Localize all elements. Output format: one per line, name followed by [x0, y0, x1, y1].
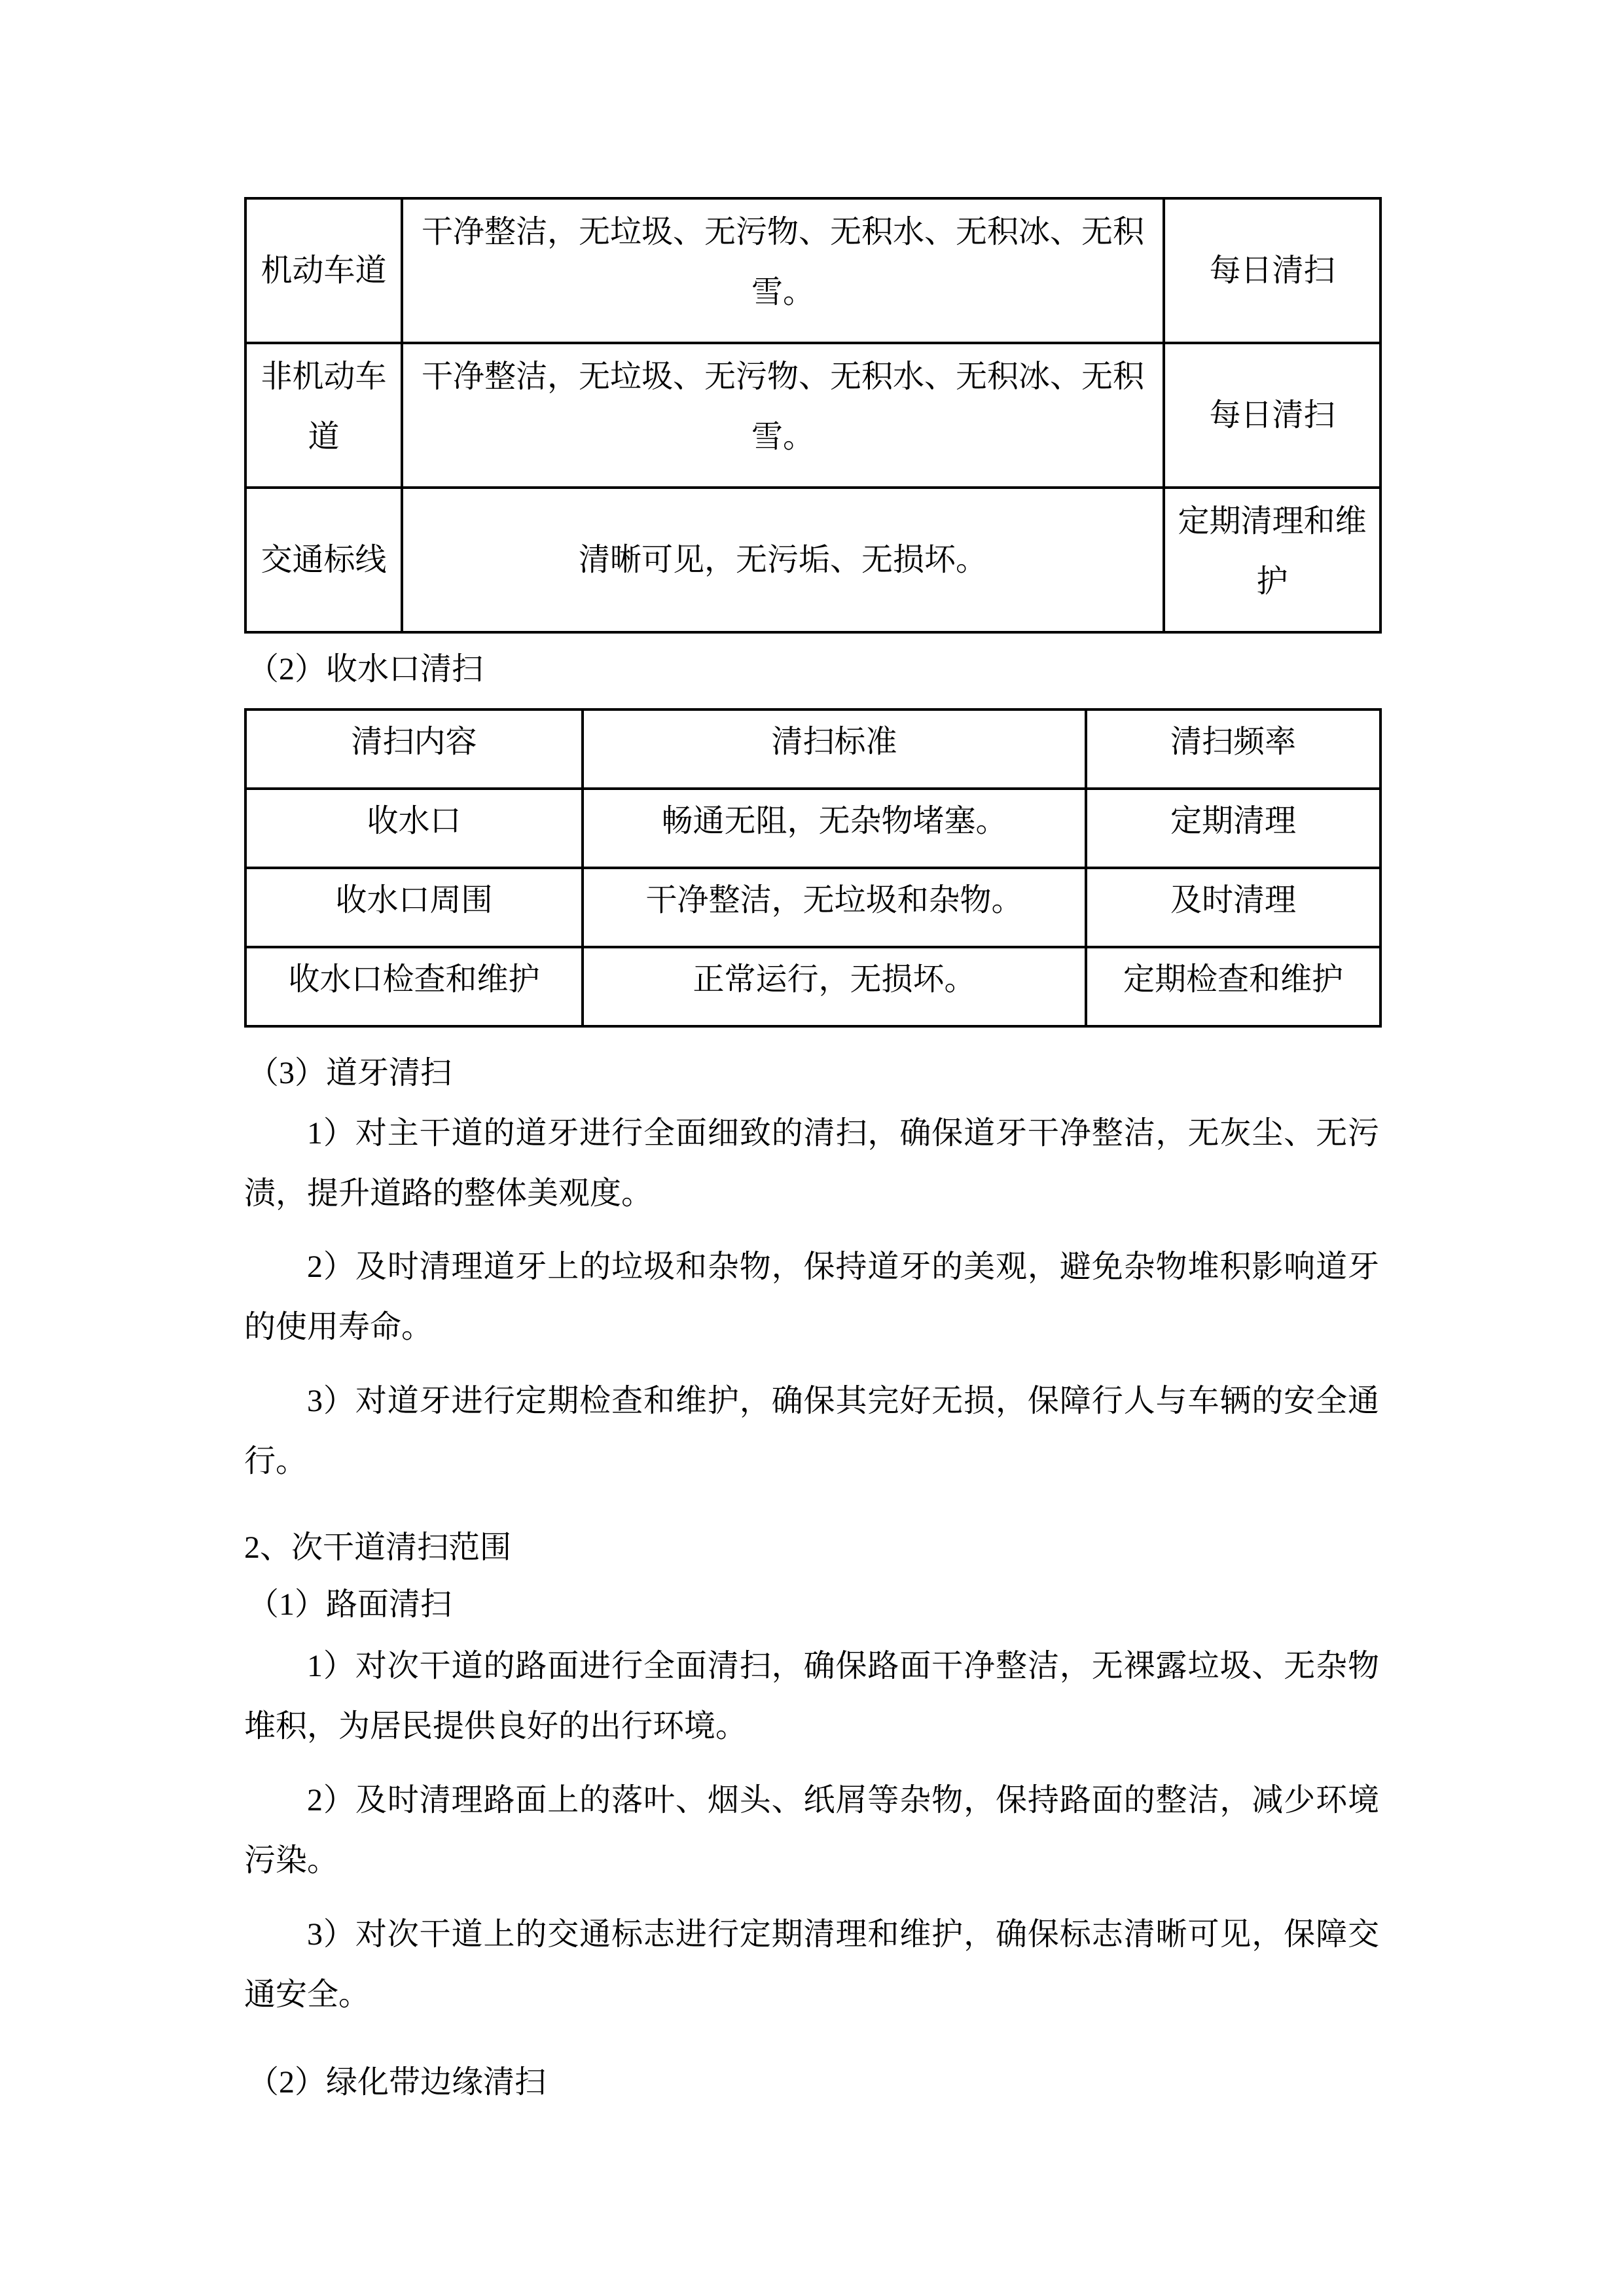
section-heading-curb: （3）道牙清扫 — [247, 1054, 1382, 1093]
cell-item: 非机动车道 — [245, 343, 402, 488]
cell-frequency: 定期清理和维护 — [1164, 488, 1380, 632]
paragraph: 1）对次干道的路面进行全面清扫，确保路面干净整洁，无裸露垃圾、无杂物堆积，为居民… — [244, 1636, 1379, 1757]
table-row: 收水口周围 干净整洁，无垃圾和杂物。 及时清理 — [245, 868, 1380, 947]
subsection-heading-greenbelt: （2）绿化带边缘清扫 — [247, 2063, 1382, 2102]
header-frequency: 清扫频率 — [1086, 709, 1380, 789]
table-row: 非机动车道 干净整洁，无垃圾、无污物、无积水、无积冰、无积雪。 每日清扫 — [245, 343, 1380, 488]
cell-standard: 干净整洁，无垃圾和杂物。 — [583, 868, 1086, 947]
header-content: 清扫内容 — [245, 709, 583, 789]
cell-content: 收水口检查和维护 — [245, 947, 583, 1026]
cell-item: 机动车道 — [245, 198, 402, 343]
section-heading-drain: （2）收水口清扫 — [247, 650, 1382, 689]
cell-standard: 清晰可见，无污垢、无损坏。 — [402, 488, 1164, 632]
table-row: 收水口检查和维护 正常运行，无损坏。 定期检查和维护 — [245, 947, 1380, 1026]
cell-standard: 正常运行，无损坏。 — [583, 947, 1086, 1026]
document-page: 机动车道 干净整洁，无垃圾、无污物、无积水、无积冰、无积雪。 每日清扫 非机动车… — [0, 0, 1624, 2296]
table-row: 交通标线 清晰可见，无污垢、无损坏。 定期清理和维护 — [245, 488, 1380, 632]
subsection-heading-surface: （1）路面清扫 — [247, 1585, 1382, 1624]
table-row: 机动车道 干净整洁，无垃圾、无污物、无积水、无积冰、无积雪。 每日清扫 — [245, 198, 1380, 343]
cell-frequency: 每日清扫 — [1164, 343, 1380, 488]
cell-standard: 畅通无阻，无杂物堵塞。 — [583, 789, 1086, 868]
cell-item: 交通标线 — [245, 488, 402, 632]
paragraph: 2）及时清理道牙上的垃圾和杂物，保持道牙的美观，避免杂物堆积影响道牙的使用寿命。 — [244, 1237, 1379, 1357]
drain-cleaning-table: 清扫内容 清扫标准 清扫频率 收水口 畅通无阻，无杂物堵塞。 定期清理 收水口周… — [244, 708, 1382, 1028]
paragraph: 2）及时清理路面上的落叶、烟头、纸屑等杂物，保持路面的整洁，减少环境污染。 — [244, 1770, 1379, 1891]
cell-standard: 干净整洁，无垃圾、无污物、无积水、无积冰、无积雪。 — [402, 343, 1164, 488]
header-standard: 清扫标准 — [583, 709, 1086, 789]
paragraph: 3）对道牙进行定期检查和维护，确保其完好无损，保障行人与车辆的安全通行。 — [244, 1371, 1379, 1492]
cell-standard: 干净整洁，无垃圾、无污物、无积水、无积冰、无积雪。 — [402, 198, 1164, 343]
cell-content: 收水口周围 — [245, 868, 583, 947]
paragraph: 3）对次干道上的交通标志进行定期清理和维护，确保标志清晰可见，保障交通安全。 — [244, 1905, 1379, 2025]
cell-frequency: 及时清理 — [1086, 868, 1380, 947]
cell-frequency: 定期清理 — [1086, 789, 1380, 868]
section-heading-secondary: 2、次干道清扫范围 — [244, 1528, 1379, 1568]
paragraph: 1）对主干道的道牙进行全面细致的清扫，确保道牙干净整洁，无灰尘、无污渍，提升道路… — [244, 1103, 1379, 1224]
table-row: 收水口 畅通无阻，无杂物堵塞。 定期清理 — [245, 789, 1380, 868]
road-cleaning-table: 机动车道 干净整洁，无垃圾、无污物、无积水、无积冰、无积雪。 每日清扫 非机动车… — [244, 197, 1382, 634]
cell-content: 收水口 — [245, 789, 583, 868]
cell-frequency: 每日清扫 — [1164, 198, 1380, 343]
cell-frequency: 定期检查和维护 — [1086, 947, 1380, 1026]
table-header-row: 清扫内容 清扫标准 清扫频率 — [245, 709, 1380, 789]
